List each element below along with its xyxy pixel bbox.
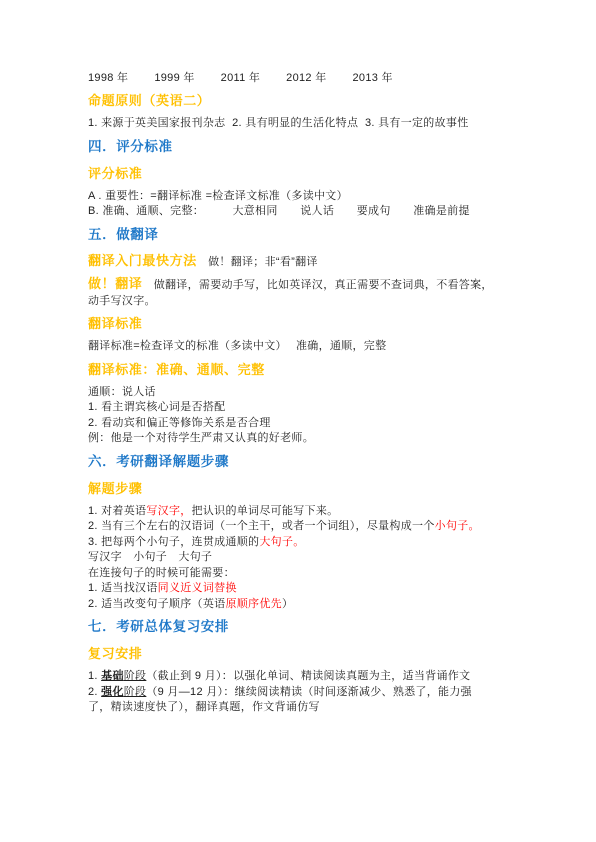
text-line: 1. 对着英语写汉字，把认识的单词尽可能写下来。 — [88, 504, 520, 520]
line-fastest-method: 翻译入门最快方法 做！翻译；非“看”翻译 — [88, 253, 520, 271]
para-solving-steps: 1. 对着英语写汉字，把认识的单词尽可能写下来。2. 当有三个左右的汉语词（一个… — [88, 504, 520, 613]
section-heading-4-scoring: 四．评分标准 — [88, 138, 520, 155]
para-proposition-sources: 1. 来源于英美国家报刊杂志 2. 具有明显的生活化特点 3. 具有一定的故事性 — [88, 116, 520, 132]
text-line: 3. 把每两个小句子，连贯成通顺的大句子。 — [88, 535, 520, 551]
body-text: ） — [282, 598, 293, 610]
section-heading-5-do-translation: 五．做翻译 — [88, 226, 520, 243]
body-text: A . 重要性：=翻译标准 =检查译文标准（多读中文） — [88, 190, 348, 202]
body-text: B. 准确、通顺、完整： 大意相同 说人话 要成句 准确是前提 — [88, 205, 470, 217]
text-line: 通顺：说人话 — [88, 385, 520, 401]
text-line: 1. 看主谓宾核心词是否搭配 — [88, 400, 520, 416]
body-text: 1. 对着英语 — [88, 505, 146, 517]
body-text: 了，精读速度快了），翻译真题，作文背诵仿写 — [88, 701, 320, 713]
body-text: 2. — [88, 686, 101, 698]
body-text: 基础 — [101, 670, 124, 682]
text-line: 动手写汉字。 — [88, 294, 520, 310]
year-item: 2012 年 — [286, 70, 326, 86]
text-line: 翻译入门最快方法 做！翻译；非“看”翻译 — [88, 253, 520, 271]
body-text: 1. 适当找汉语 — [88, 582, 158, 594]
emphasis-text: 翻译入门最快方法 — [88, 253, 197, 268]
year-item: 2011 年 — [221, 70, 261, 86]
text-line: B. 准确、通顺、完整： 大意相同 说人话 要成句 准确是前提 — [88, 204, 520, 220]
body-text: 2. 当有三个左右的汉语词（一个主干，或者一个词组），尽量构成一个 — [88, 520, 435, 532]
body-text: 强化 — [101, 686, 124, 698]
body-text: 翻译标准=检查译文的标准（多读中文） 准确，通顺，完整 — [88, 340, 386, 352]
body-text: 1. 来源于英美国家报刊杂志 2. 具有明显的生活化特点 3. 具有一定的故事性 — [88, 117, 469, 129]
text-line: 例：他是一个对待学生严肃又认真的好老师。 — [88, 431, 520, 447]
emphasis-text: 做！翻译 — [88, 276, 142, 291]
text-line: 2. 强化阶段（9 月—12 月）：继续阅读精读（时间逐渐减少、熟悉了，能力强 — [88, 685, 520, 701]
emphasis-text: 原顺序优先 — [225, 598, 282, 610]
body-text: 做！翻译；非“看”翻译 — [197, 256, 318, 268]
emphasis-text: 同义近义词替换 — [158, 582, 237, 594]
para-fluency-checks: 通顺：说人话1. 看主谓宾核心词是否搭配2. 看动宾和偏正等修饰关系是否合理例：… — [88, 385, 520, 447]
para-review-stages: 1. 基础阶段（截止到 9 月）：以强化单词、精读阅读真题为主，适当背诵作文2.… — [88, 669, 520, 716]
emphasis-text: 写汉字， — [146, 505, 191, 517]
subheading-review-plan: 复习安排 — [88, 645, 520, 662]
text-line: 了，精读速度快了），翻译真题，作文背诵仿写 — [88, 700, 520, 716]
year-item: 1999 年 — [154, 70, 194, 86]
body-text: 在连接句子的时候可能需要： — [88, 567, 235, 579]
text-line: 2. 当有三个左右的汉语词（一个主干，或者一个词组），尽量构成一个小句子。 — [88, 519, 520, 535]
text-line: A . 重要性：=翻译标准 =检查译文标准（多读中文） — [88, 189, 520, 205]
text-line: 翻译标准=检查译文的标准（多读中文） 准确，通顺，完整 — [88, 339, 520, 355]
section-heading-7-overall-plan: 七．考研总体复习安排 — [88, 618, 520, 635]
document-page: 1998 年1999 年2011 年2012 年2013 年命题原则（英语二）1… — [0, 0, 596, 842]
text-line: 1. 基础阶段（截止到 9 月）：以强化单词、精读阅读真题为主，适当背诵作文 — [88, 669, 520, 685]
text-line: 在连接句子的时候可能需要： — [88, 566, 520, 582]
body-text: 写汉字 小句子 大句子 — [88, 551, 212, 563]
body-text: 2. 看动宾和偏正等修饰关系是否合理 — [88, 417, 271, 429]
text-line: 1. 来源于英美国家报刊杂志 2. 具有明显的生活化特点 3. 具有一定的故事性 — [88, 116, 520, 132]
text-line: 2. 看动宾和偏正等修饰关系是否合理 — [88, 416, 520, 432]
body-text: 1. 看主谓宾核心词是否搭配 — [88, 401, 225, 413]
subheading-proposition-principles: 命题原则（英语二） — [88, 92, 520, 109]
body-text: （9 月—12 月）：继续阅读精读（时间逐渐减少、熟悉了，能力强 — [146, 686, 472, 698]
body-text: （截止到 9 月）：以强化单词、精读阅读真题为主，适当背诵作文 — [146, 670, 470, 682]
text-line: 做！翻译 做翻译，需要动手写，比如英译汉，真正需要不查词典，不看答案， — [88, 276, 520, 294]
section-heading-6-solving-steps: 六．考研翻译解题步骤 — [88, 453, 520, 470]
emphasis-text: 大句子。 — [259, 536, 304, 548]
para-translation-standard: 翻译标准=检查译文的标准（多读中文） 准确，通顺，完整 — [88, 339, 520, 355]
para-scoring-details: A . 重要性：=翻译标准 =检查译文标准（多读中文）B. 准确、通顺、完整： … — [88, 189, 520, 220]
year-item: 2013 年 — [353, 70, 393, 86]
text-line: 写汉字 小句子 大句子 — [88, 550, 520, 566]
body-text: 1. — [88, 670, 101, 682]
emphasis-text: 小句子。 — [435, 520, 480, 532]
body-text: 阶段 — [124, 686, 147, 698]
subheading-solving-steps: 解题步骤 — [88, 480, 520, 497]
body-text: 2. 适当改变句子顺序（英语 — [88, 598, 225, 610]
body-text: 通顺：说人话 — [88, 386, 156, 398]
body-text: 做翻译，需要动手写，比如英译汉，真正需要不查词典，不看答案， — [142, 279, 492, 291]
body-text: 动手写汉字。 — [88, 295, 156, 307]
years-line: 1998 年1999 年2011 年2012 年2013 年 — [88, 70, 520, 86]
subheading-standard-accurate-fluent-complete: 翻译标准：准确、通顺、完整 — [88, 361, 520, 378]
subheading-scoring-criteria: 评分标准 — [88, 165, 520, 182]
body-text: 把认识的单词尽可能写下来。 — [192, 505, 339, 517]
body-text: 例：他是一个对待学生严肃又认真的好老师。 — [88, 432, 314, 444]
subheading-translation-standard: 翻译标准 — [88, 315, 520, 332]
para-do-translation: 做！翻译 做翻译，需要动手写，比如英译汉，真正需要不查词典，不看答案，动手写汉字… — [88, 276, 520, 309]
body-text: 3. 把每两个小句子，连贯成通顺的 — [88, 536, 259, 548]
body-text: 阶段 — [124, 670, 147, 682]
text-line: 2. 适当改变句子顺序（英语原顺序优先） — [88, 597, 520, 613]
year-item: 1998 年 — [88, 70, 128, 86]
text-line: 1. 适当找汉语同义近义词替换 — [88, 581, 520, 597]
